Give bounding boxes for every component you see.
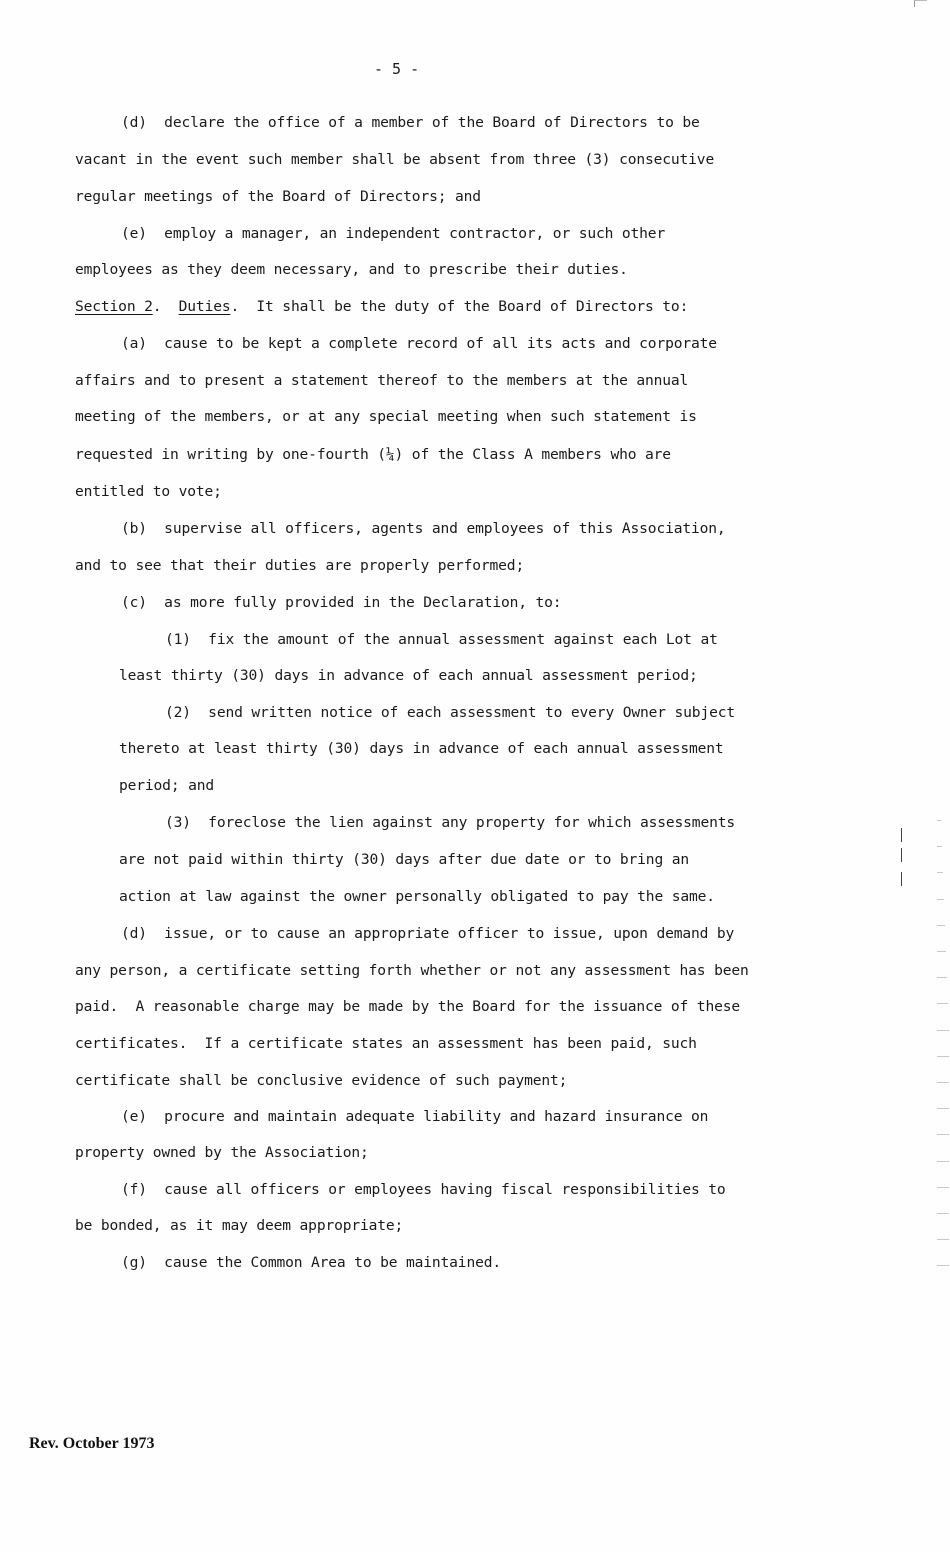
text-line: least thirty (30) days in advance of eac… (119, 667, 698, 685)
scan-tick (937, 872, 943, 873)
text-line: paid. A reasonable charge may be made by… (75, 998, 740, 1016)
text-line: entitled to vote; (75, 483, 222, 501)
text-line: affairs and to present a statement there… (75, 372, 688, 390)
text-line: any person, a certificate setting forth … (75, 962, 749, 980)
revision-footer: Rev. October 1973 (29, 1435, 154, 1453)
text-line: period; and (119, 777, 214, 795)
scan-mark (901, 848, 902, 862)
scan-tick (937, 925, 945, 926)
text-line: requested in writing by one-fourth (¼) o… (75, 446, 671, 464)
scan-tick (937, 1082, 949, 1083)
scan-corner-mark (914, 0, 927, 7)
scan-tick (937, 1056, 949, 1057)
text-line: (e) procure and maintain adequate liabil… (121, 1108, 708, 1126)
text-line: (2) send written notice of each assessme… (165, 704, 735, 722)
scan-mark (901, 828, 902, 842)
section-label: Section 2 (75, 298, 153, 315)
text-line: (3) foreclose the lien against any prope… (165, 814, 735, 832)
text-line: action at law against the owner personal… (119, 888, 715, 906)
text-line: (b) supervise all officers, agents and e… (121, 520, 726, 538)
text-line: are not paid within thirty (30) days aft… (119, 851, 689, 869)
scan-tick (937, 820, 941, 821)
text-line: (d) declare the office of a member of th… (121, 114, 700, 132)
text-line: (a) cause to be kept a complete record o… (121, 335, 717, 353)
scan-tick (937, 951, 946, 952)
scan-tick (937, 1265, 949, 1266)
text-line: certificate shall be conclusive evidence… (75, 1072, 567, 1090)
scan-mark (901, 872, 902, 886)
scan-tick (937, 846, 942, 847)
text-line: and to see that their duties are properl… (75, 557, 524, 575)
scan-tick (937, 1108, 949, 1109)
scan-tick (937, 1213, 949, 1214)
text-line: (g) cause the Common Area to be maintain… (121, 1254, 501, 1272)
scan-tick (937, 1134, 949, 1135)
text-line: vacant in the event such member shall be… (75, 151, 714, 169)
scan-tick (937, 1187, 949, 1188)
page-number: - 5 - (374, 60, 419, 78)
text-line: property owned by the Association; (75, 1144, 369, 1162)
scan-tick (937, 1030, 949, 1031)
text-line: (1) fix the amount of the annual assessm… (165, 631, 718, 649)
scan-tick (937, 977, 947, 978)
text-line: (c) as more fully provided in the Declar… (121, 594, 561, 612)
scan-tick (937, 1161, 949, 1162)
scan-tick (937, 1003, 948, 1004)
document-page: - 5 - (d) declare the office of a member… (0, 0, 950, 1552)
scan-tick (937, 899, 944, 900)
section-heading-line: Section 2. Duties. It shall be the duty … (75, 298, 688, 316)
scan-tick (937, 1239, 949, 1240)
text-line: thereto at least thirty (30) days in adv… (119, 740, 724, 758)
text-line: employees as they deem necessary, and to… (75, 261, 628, 279)
text-line: meeting of the members, or at any specia… (75, 408, 697, 426)
text-line: (e) employ a manager, an independent con… (121, 225, 665, 243)
text-line: (d) issue, or to cause an appropriate of… (121, 925, 734, 943)
text-line: (f) cause all officers or employees havi… (121, 1181, 726, 1199)
text-line: regular meetings of the Board of Directo… (75, 188, 481, 206)
text-line: be bonded, as it may deem appropriate; (75, 1217, 403, 1235)
section-title: Duties (179, 298, 231, 315)
text-line: certificates. If a certificate states an… (75, 1035, 697, 1053)
